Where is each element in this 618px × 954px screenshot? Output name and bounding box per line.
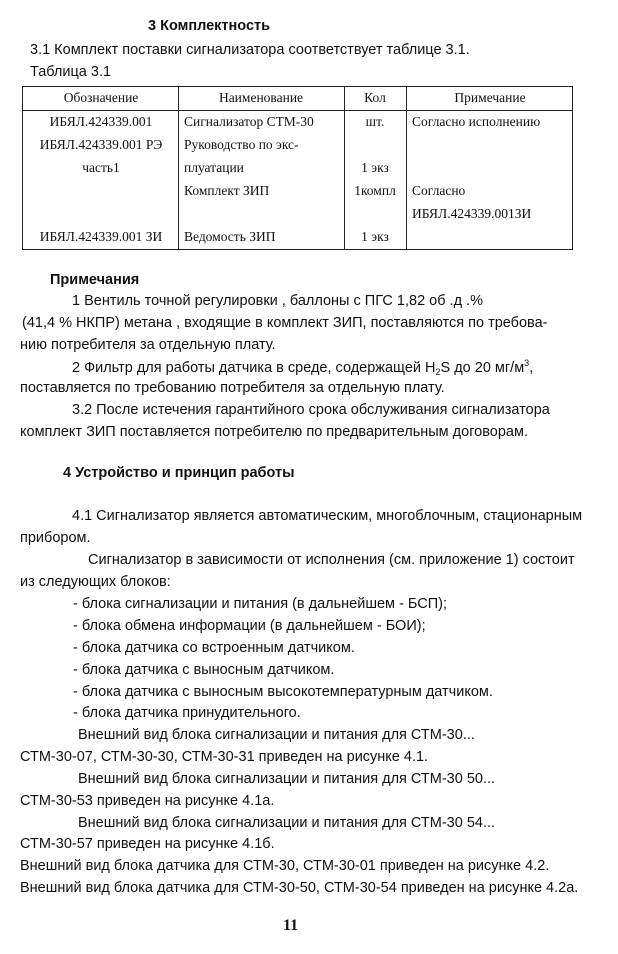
view-description-line: СТМ-30-53 приведен на рисунке 4.1а. <box>20 793 274 809</box>
note-1-line: нию потребителя за отдельную плату. <box>20 337 276 353</box>
header-name: Наименование <box>219 90 303 106</box>
view-description-line: Внешний вид блока сигнализации и питания… <box>78 727 475 743</box>
view-description-line: Внешний вид блока сигнализации и питания… <box>78 771 495 787</box>
table-cell: ИБЯЛ.424339.001 ЗИ <box>40 229 163 245</box>
note-1-line: (41,4 % НКПР) метана , входящие в компле… <box>22 315 547 331</box>
table-cell: 1 экз <box>361 160 389 176</box>
paragraph-3-2-line: комплект ЗИП поставляется потребителю по… <box>20 424 528 440</box>
table-cell: 1 экз <box>361 229 389 245</box>
view-description-line: СТМ-30-57 приведен на рисунке 4.1б. <box>20 836 275 852</box>
block-list-item: - блока датчика с выносным датчиком. <box>73 662 334 678</box>
note-2-line: 2 Фильтр для работы датчика в среде, сод… <box>72 358 533 377</box>
table-cell: Комплект ЗИП <box>184 183 269 199</box>
table-cell: ИБЯЛ.424339.001 <box>50 114 153 130</box>
block-list-item: - блока датчика принудительного. <box>73 705 301 721</box>
section-3-heading: 3 Комплектность <box>148 18 270 34</box>
table-cell: Согласно исполнению <box>412 114 540 130</box>
paragraph-4-1-line: прибором. <box>20 530 91 546</box>
block-list-item: - блока датчика со встроенным датчиком. <box>73 640 355 656</box>
table-cell: Руководство по экс- <box>184 137 299 153</box>
note-2-line: поставляется по требованию потребителя з… <box>20 380 445 396</box>
table-cell: ИБЯЛ.424339.001 РЭ <box>40 137 163 153</box>
block-list-item: - блока датчика с выносным высокотемпера… <box>73 684 493 700</box>
table-caption: Таблица 3.1 <box>30 64 111 80</box>
table-cell: часть1 <box>82 160 120 176</box>
header-designation: Обозначение <box>64 90 139 106</box>
note-1-line: 1 Вентиль точной регулировки , баллоны с… <box>72 293 483 309</box>
blocks-intro-line: Сигнализатор в зависимости от исполнения… <box>88 552 575 568</box>
table-cell: Ведомость ЗИП <box>184 229 276 245</box>
table-cell: 1компл <box>354 183 396 199</box>
table-cell: шт. <box>366 114 385 130</box>
header-qty: Кол <box>364 90 386 106</box>
table-cell: ИБЯЛ.424339.001ЗИ <box>412 206 531 222</box>
header-note: Примечание <box>454 90 525 106</box>
blocks-intro-line: из следующих блоков: <box>20 574 171 590</box>
sensor-view-line: Внешний вид блока датчика для СТМ-30, СТ… <box>20 858 549 874</box>
paragraph-4-1-line: 4.1 Сигнализатор является автоматическим… <box>72 508 582 524</box>
table-cell: Сигнализатор СТМ-30 <box>184 114 314 130</box>
view-description-line: Внешний вид блока сигнализации и питания… <box>78 815 495 831</box>
section-4-heading: 4 Устройство и принцип работы <box>63 465 294 481</box>
sensor-view-line: Внешний вид блока датчика для СТМ-30-50,… <box>20 880 578 896</box>
table-cell: Согласно <box>412 183 465 199</box>
block-list-item: - блока сигнализации и питания (в дальне… <box>73 596 447 612</box>
page-number: 11 <box>283 917 298 935</box>
equipment-table: Обозначение Наименование Кол Примечание … <box>22 86 573 250</box>
paragraph-3-2-line: 3.2 После истечения гарантийного срока о… <box>72 402 550 418</box>
notes-heading: Примечания <box>50 272 139 288</box>
view-description-line: СТМ-30-07, СТМ-30-30, СТМ-30-31 приведен… <box>20 749 428 765</box>
block-list-item: - блока обмена информации (в дальнейшем … <box>73 618 426 634</box>
table-cell: плуатации <box>184 160 244 176</box>
section-3-intro: 3.1 Комплект поставки сигнализатора соот… <box>30 42 470 58</box>
